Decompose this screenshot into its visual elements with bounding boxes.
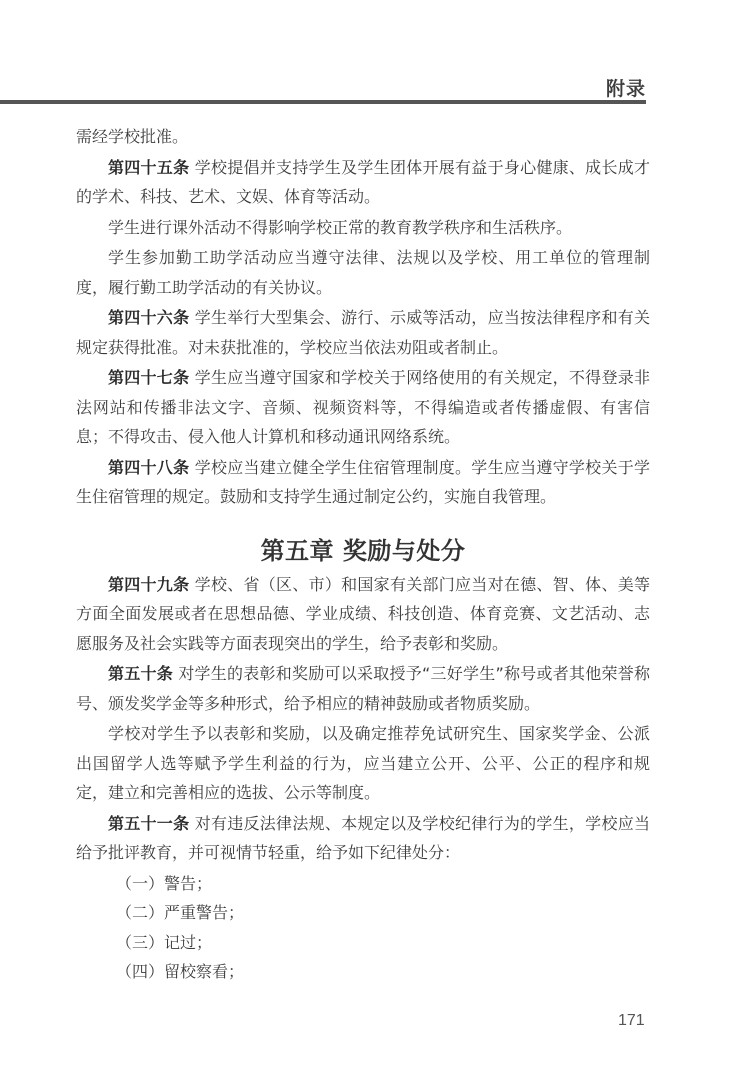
article-label: 第四十七条 — [108, 368, 189, 387]
running-head: 附录 — [606, 74, 646, 101]
page-number: 171 — [618, 1012, 645, 1030]
article-45: 第四十五条 学校提倡并支持学生及学生团体开展有益于身心健康、成长成才的学术、科技… — [76, 153, 650, 212]
chapter-title: 第五章 奖励与处分 — [76, 534, 650, 568]
header-rule — [0, 100, 646, 104]
article-47: 第四十七条 学生应当遵守国家和学校关于网络使用的有关规定，不得登录非法网站和传播… — [76, 363, 650, 452]
article-label: 第四十六条 — [108, 308, 189, 327]
paragraph: 学生进行课外活动不得影响学校正常的教育教学秩序和生活秩序。 — [76, 213, 650, 243]
page-body: 需经学校批准。 第四十五条 学校提倡并支持学生及学生团体开展有益于身心健康、成长… — [76, 122, 650, 987]
paragraph-text: 学生进行课外活动不得影响学校正常的教育教学秩序和生活秩序。 — [108, 218, 572, 237]
paragraph: 学校对学生予以表彰和奖励，以及确定推荐免试研究生、国家奖学金、公派出国留学人选等… — [76, 719, 650, 808]
penalty-list-item: （一）警告； — [76, 869, 650, 899]
paragraph-continuation: 需经学校批准。 — [76, 122, 650, 152]
article-48: 第四十八条 学校应当建立健全学生住宿管理制度。学生应当遵守学校关于学生住宿管理的… — [76, 453, 650, 512]
penalty-list-item: （二）严重警告； — [76, 898, 650, 928]
article-49: 第四十九条 学校、省（区、市）和国家有关部门应当对在德、智、体、美等方面全面发展… — [76, 570, 650, 659]
article-label: 第五十条 — [108, 664, 173, 683]
penalty-list-item: （四）留校察看； — [76, 957, 650, 987]
paragraph-text: 学生参加勤工助学活动应当遵守法律、法规以及学校、用工单位的管理制度，履行勤工助学… — [76, 248, 650, 297]
article-label: 第四十五条 — [108, 158, 189, 177]
paragraph: 学生参加勤工助学活动应当遵守法律、法规以及学校、用工单位的管理制度，履行勤工助学… — [76, 243, 650, 302]
article-51: 第五十一条 对有违反法律法规、本规定以及学校纪律行为的学生，学校应当给予批评教育… — [76, 809, 650, 868]
article-label: 第四十九条 — [108, 575, 189, 594]
paragraph-text: 学校对学生予以表彰和奖励，以及确定推荐免试研究生、国家奖学金、公派出国留学人选等… — [76, 724, 650, 802]
article-46: 第四十六条 学生举行大型集会、游行、示威等活动，应当按法律程序和有关规定获得批准… — [76, 303, 650, 362]
article-label: 第五十一条 — [108, 814, 189, 833]
paragraph-text: 需经学校批准。 — [76, 127, 188, 146]
article-50: 第五十条 对学生的表彰和奖励可以采取授予“三好学生”称号或者其他荣誉称号、颁发奖… — [76, 659, 650, 718]
article-label: 第四十八条 — [108, 458, 189, 477]
penalty-list-item: （三）记过； — [76, 928, 650, 958]
